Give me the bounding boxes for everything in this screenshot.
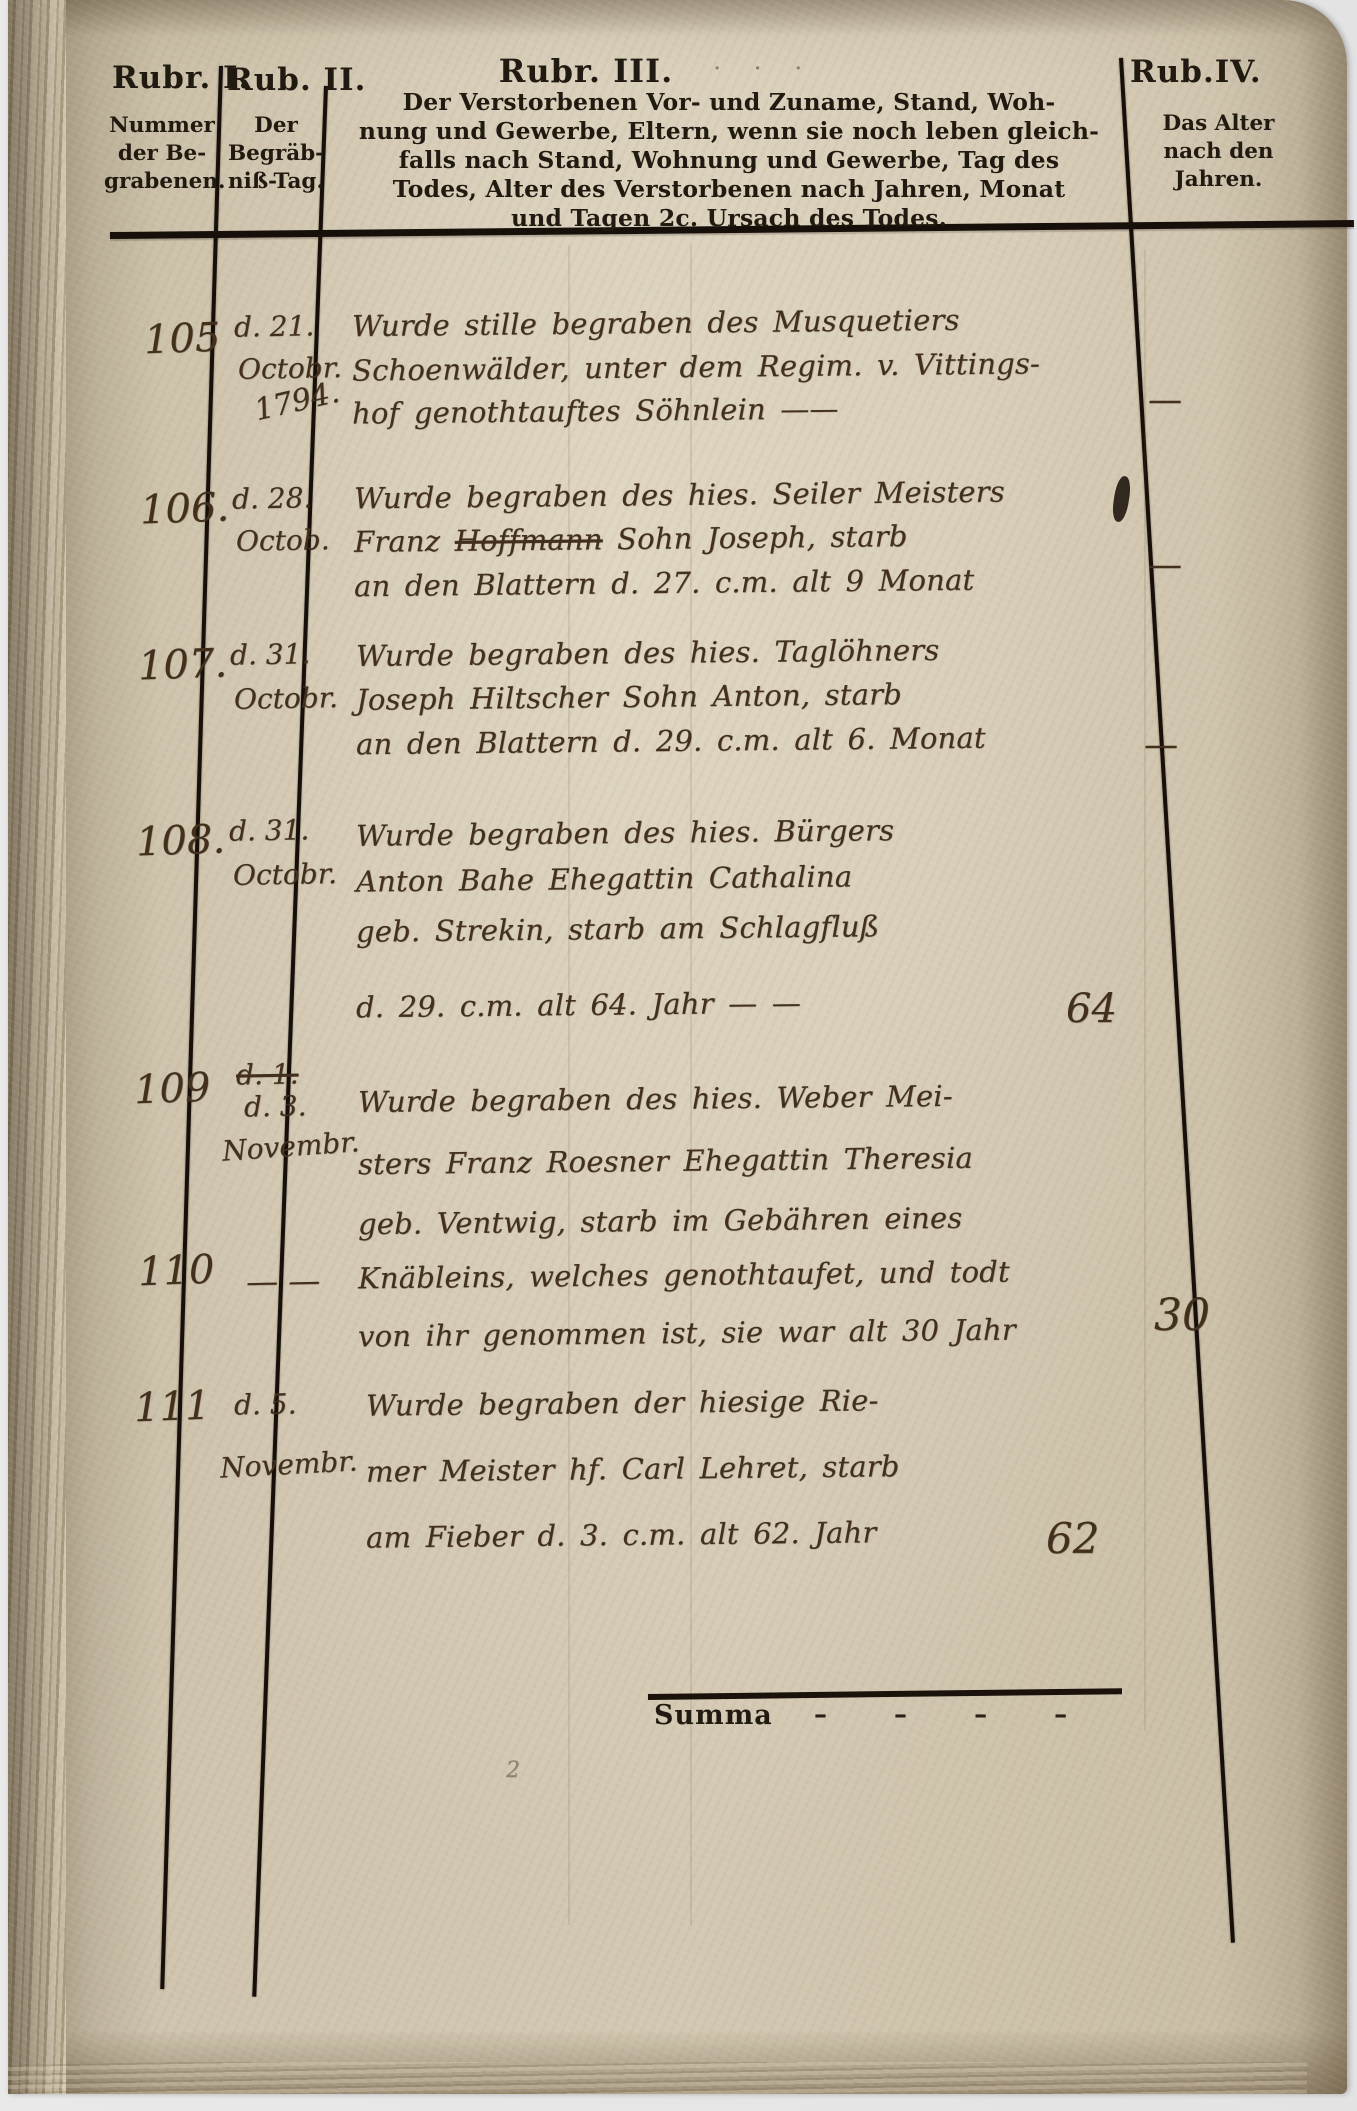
entry-text-line: am Fieber d. 3. c.m. alt 62. Jahr <box>366 1515 877 1554</box>
burial-date-line: d. 3. <box>244 1089 307 1123</box>
column-divider-3 <box>1119 58 1235 1943</box>
header-line: Jahren. <box>1126 166 1311 194</box>
header-line: nach den <box>1126 138 1311 166</box>
burial-date-line: Novembr. <box>219 1444 358 1484</box>
entry-text-line: Wurde stille begraben des Musquetiers <box>352 303 960 343</box>
header-line: Nummer <box>104 112 220 140</box>
entry-text-line: Knäbleins, welches genothtaufet, und tod… <box>358 1255 1010 1296</box>
header-line: nung und Gewerbe, Eltern, wenn sie noch … <box>338 117 1120 146</box>
entry-text-line: geb. Strekin, starb am Schlagfluß <box>356 909 880 948</box>
header-line: Der Verstorbenen Vor- und Zuname, Stand,… <box>338 88 1120 117</box>
age-value: — <box>1144 725 1178 765</box>
text-part: Sohn Joseph, starb <box>602 519 907 556</box>
book-spine <box>8 0 66 2094</box>
summa-rule <box>648 1688 1122 1700</box>
header-line: der Be- <box>104 140 220 168</box>
entry-text-line: an den Blattern d. 27. c.m. alt 9 Monat <box>354 563 975 603</box>
header-line: falls nach Stand, Wohnung und Gewerbe, T… <box>338 146 1120 175</box>
struck-text: Hoffmann <box>454 522 602 558</box>
rubric-3-smudge: · · · <box>714 58 815 79</box>
burial-date-line: d. 31. <box>230 637 311 671</box>
header-line: und Tagen 2c. Ursach des Todes. <box>338 204 1120 233</box>
entry-text-line: mer Meister hf. Carl Lehret, starb <box>366 1449 900 1489</box>
page-crease <box>1144 250 1146 1730</box>
burial-date-line: Octobr. <box>233 857 337 892</box>
page-bottom-edges <box>8 2062 1307 2094</box>
rubric-1-header: Nummer der Be- grabenen. <box>104 112 220 196</box>
entry-text-line: Joseph Hiltscher Sohn Anton, starb <box>356 677 902 717</box>
burial-date-line: d. 5. <box>234 1387 297 1421</box>
text-part: Franz <box>354 524 455 559</box>
entry-number: 109 <box>133 1065 211 1114</box>
photo-backdrop: Rubr. I. Rub. II. Rubr. III. · · · Rub.I… <box>0 0 1357 2111</box>
rubric-2-header: Der Begräb- niß-Tag. <box>228 112 324 196</box>
entry-text-line: hof genothtauftes Söhnlein —— <box>352 391 839 430</box>
burial-date-line: Octob. <box>236 523 330 558</box>
entry-text-line: Anton Bahe Ehegattin Cathalina <box>356 859 853 898</box>
entry-text-line: Wurde begraben des hies. Bürgers <box>356 813 894 853</box>
entry-number: 105 <box>143 315 221 364</box>
entry-text-line: Wurde begraben des hies. Taglöhners <box>356 633 940 673</box>
stray-mark: 2 <box>506 1758 520 1783</box>
burial-date-line: d. 28. <box>232 481 313 515</box>
age-value: 30 <box>1154 1290 1210 1341</box>
ink-blot <box>1110 475 1132 523</box>
entry-text-line: Schoenwälder, unter dem Regim. v. Vittin… <box>352 346 1040 387</box>
age-value: — <box>1148 380 1182 420</box>
entry-text-line: d. 29. c.m. alt 64. Jahr — — <box>356 986 801 1025</box>
header-line: Das Alter <box>1126 110 1311 138</box>
entry-text-line: Wurde begraben des hies. Weber Mei- <box>358 1079 953 1119</box>
burial-date-struck: d. 1. <box>236 1057 299 1091</box>
entry-number: 107. <box>137 640 228 689</box>
rubric-4-title: Rub.IV. <box>1130 54 1262 90</box>
age-value: 62 <box>1046 1514 1099 1563</box>
age-value: 64 <box>1066 986 1117 1032</box>
entry-text-line: von ihr genommen ist, sie war alt 30 Jah… <box>358 1313 1016 1354</box>
entry-text-line: Wurde begraben der hiesige Rie- <box>366 1383 879 1422</box>
header-line: niß-Tag. <box>228 168 324 196</box>
burial-date-line: Novembr. <box>221 1125 360 1168</box>
age-value: — <box>1148 545 1182 585</box>
register-page: Rubr. I. Rub. II. Rubr. III. · · · Rub.I… <box>8 0 1347 2094</box>
entry-text-line: geb. Ventwig, starb im Gebähren eines <box>358 1201 963 1241</box>
rubric-4-header: Das Alter nach den Jahren. <box>1126 110 1311 194</box>
rubric-3-title: Rubr. III. <box>476 52 696 90</box>
entry-text-line: Wurde begraben des hies. Seiler Meisters <box>354 475 1005 516</box>
entry-number: 106. <box>139 484 230 533</box>
burial-date-line: — — <box>246 1261 321 1300</box>
summa-label: Summa <box>654 1700 773 1731</box>
header-line: Der <box>228 112 324 140</box>
burial-date-line: Octobr. <box>234 681 338 716</box>
entry-number: 111 <box>133 1383 211 1432</box>
entry-text-line: Franz Hoffmann Sohn Joseph, starb <box>354 519 908 559</box>
header-line: Todes, Alter des Verstorbenen nach Jahre… <box>338 175 1120 204</box>
rubric-3-header: Der Verstorbenen Vor- und Zuname, Stand,… <box>338 88 1120 233</box>
burial-date-line: d. 31. <box>229 813 310 847</box>
header-line: grabenen. <box>104 168 220 196</box>
entry-text-line: an den Blattern d. 29. c.m. alt 6. Monat <box>356 721 986 762</box>
header-line: Begräb- <box>228 140 324 168</box>
burial-date-line: d. 21. <box>234 309 315 343</box>
entry-number: 110 <box>137 1247 215 1296</box>
entry-number: 108. <box>135 816 226 865</box>
entry-text-line: sters Franz Roesner Ehegattin Theresia <box>358 1141 973 1181</box>
summa-ditto-marks: – – – – <box>814 1700 1067 1730</box>
